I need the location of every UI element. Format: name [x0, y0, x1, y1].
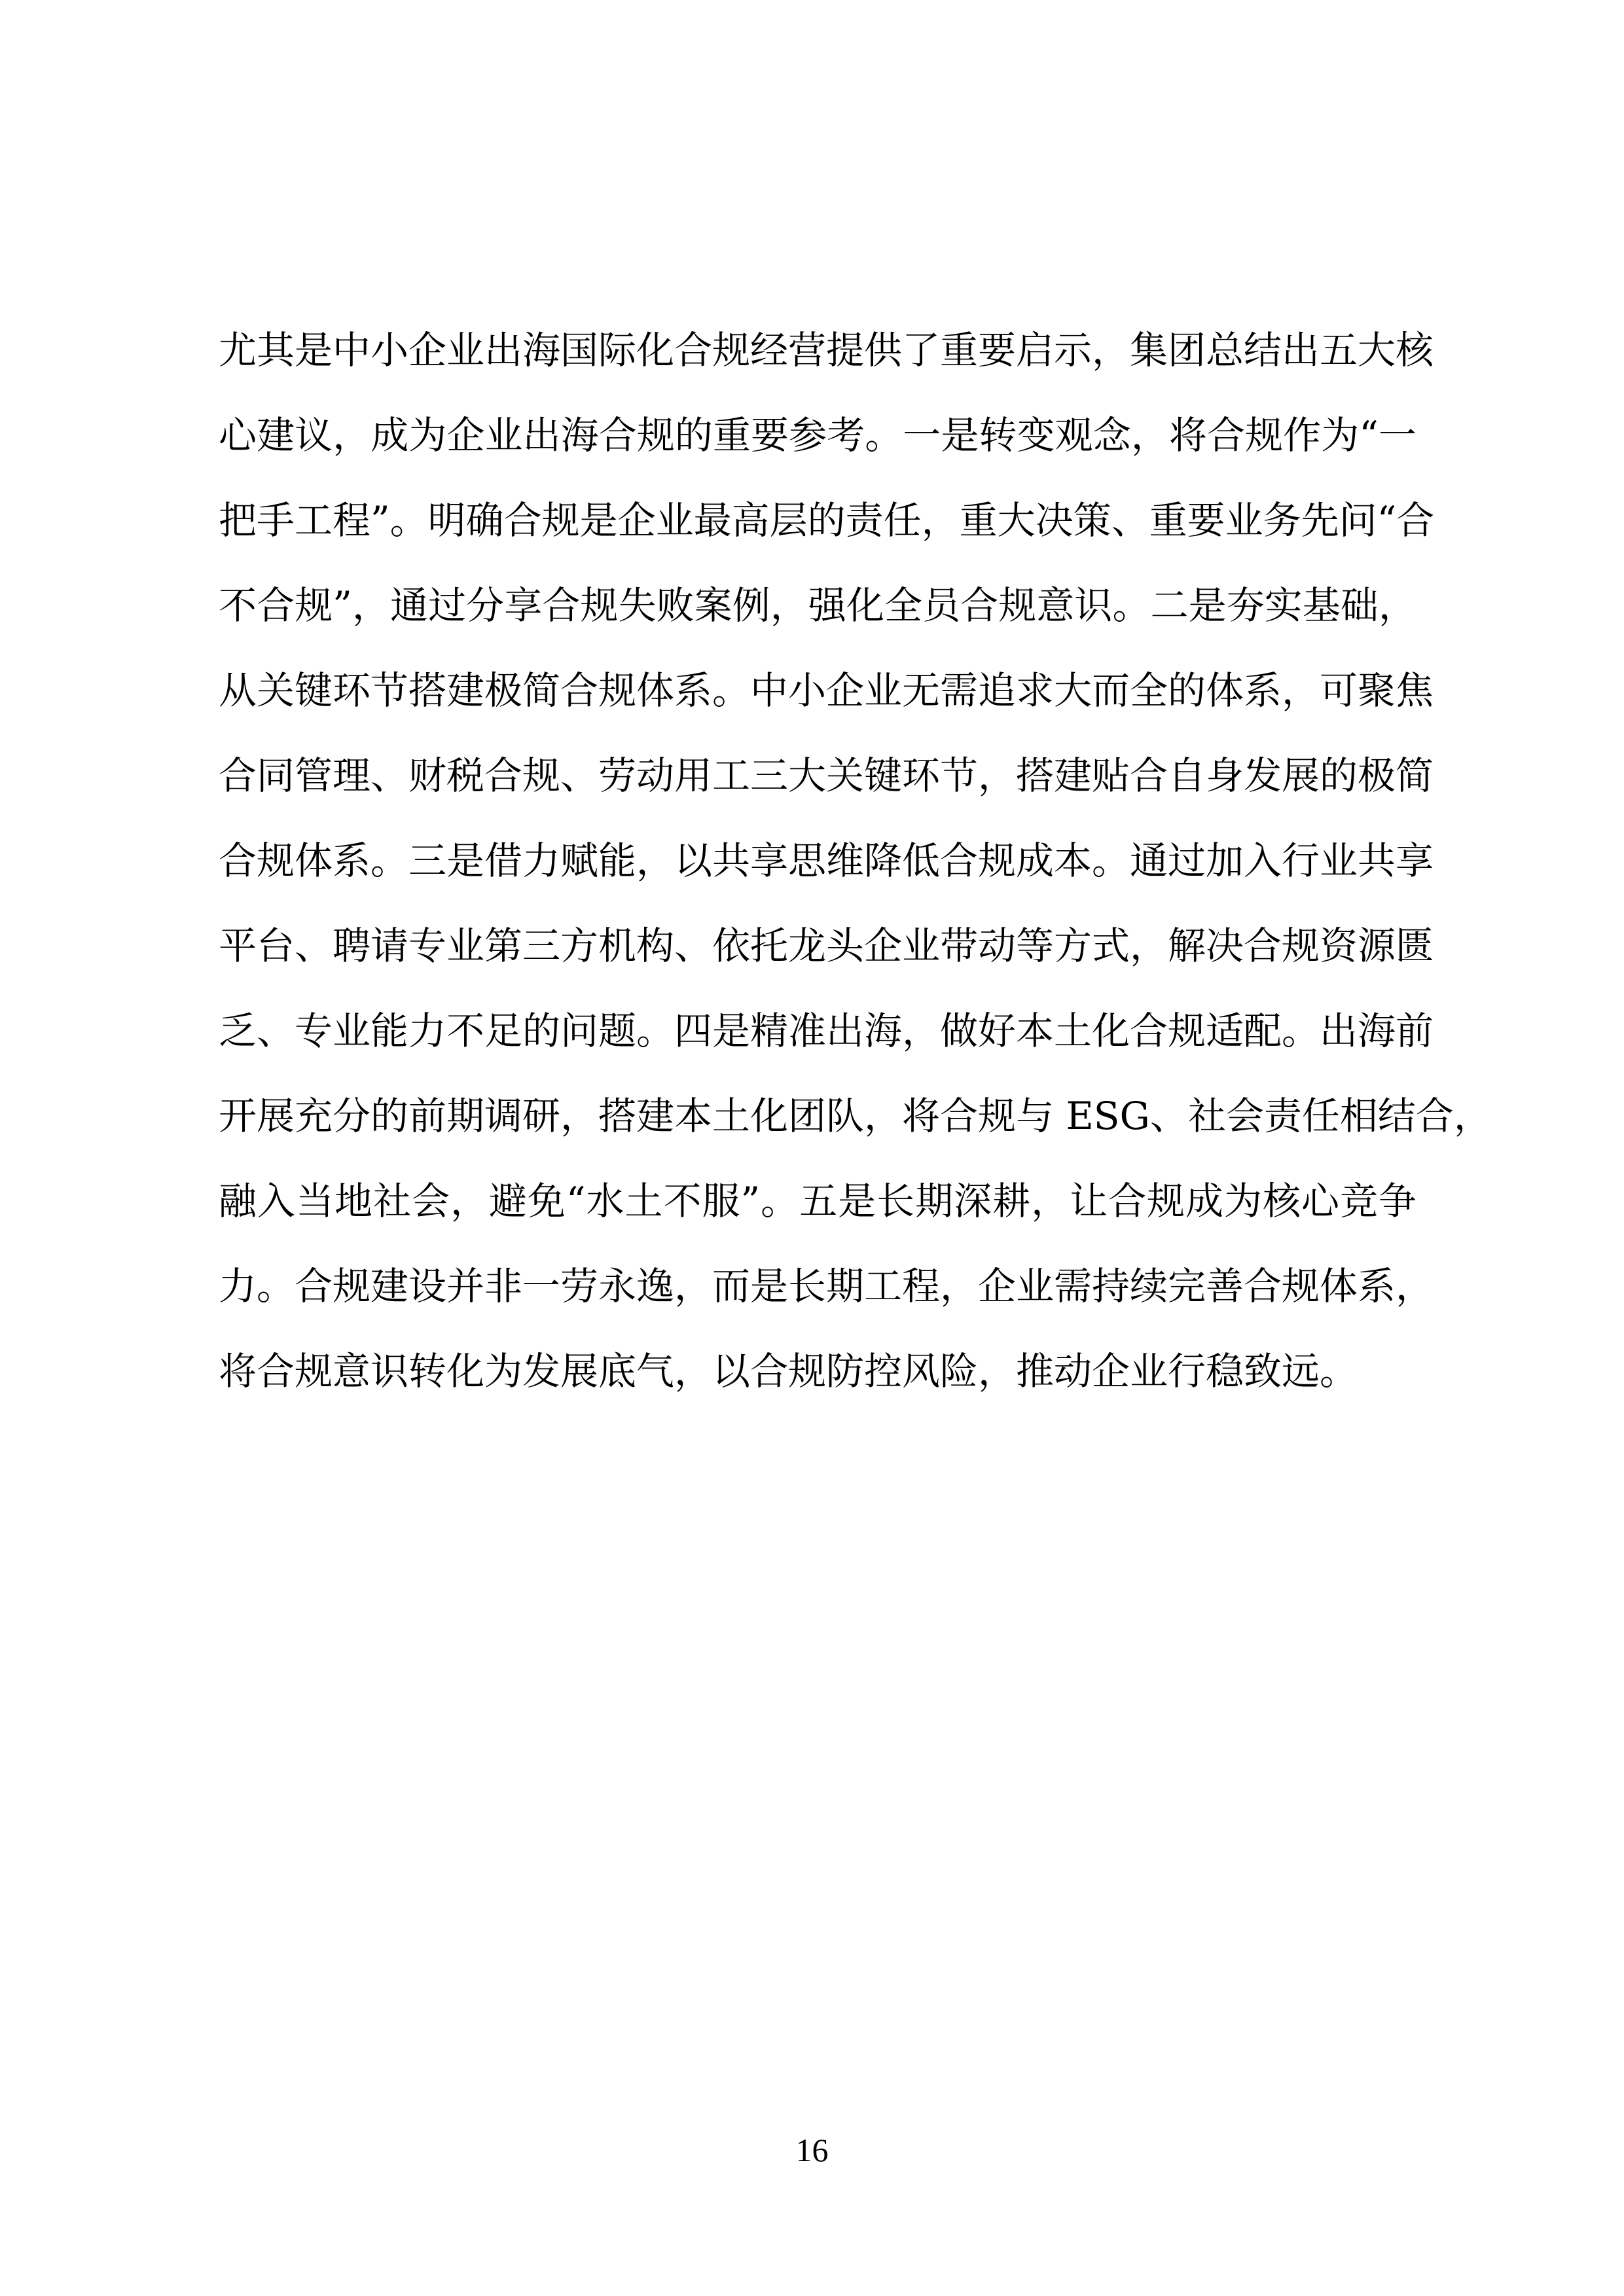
- text-line: 开展充分的前期调研，搭建本土化团队，将合规与 ESG、社会责任相结合，: [219, 1073, 1416, 1158]
- text-line: 将合规意识转化为发展底气，以合规防控风险，推动企业行稳致远。: [219, 1329, 1416, 1414]
- body-paragraph: 尤其是中小企业出海国际化合规经营提供了重要启示，集团总结出五大核 心建议，成为企…: [219, 308, 1416, 1414]
- text-line: 乏、专业能力不足的问题。四是精准出海，做好本土化合规适配。出海前: [219, 988, 1416, 1073]
- text-line: 尤其是中小企业出海国际化合规经营提供了重要启示，集团总结出五大核: [219, 308, 1416, 393]
- text-line: 合同管理、财税合规、劳动用工三大关键环节，搭建贴合自身发展的极简: [219, 733, 1416, 818]
- text-line: 合规体系。三是借力赋能，以共享思维降低合规成本。通过加入行业共享: [219, 818, 1416, 903]
- document-page: 尤其是中小企业出海国际化合规经营提供了重要启示，集团总结出五大核 心建议，成为企…: [0, 0, 1624, 2296]
- text-line: 心建议，成为企业出海合规的重要参考。一是转变观念，将合规作为“一: [219, 393, 1416, 478]
- text-line: 从关键环节搭建极简合规体系。中小企业无需追求大而全的体系，可聚焦: [219, 648, 1416, 733]
- text-line: 融入当地社会，避免“水土不服”。五是长期深耕，让合规成为核心竞争: [219, 1158, 1416, 1244]
- text-line: 力。合规建设并非一劳永逸，而是长期工程，企业需持续完善合规体系，: [219, 1244, 1416, 1329]
- text-line: 把手工程”。明确合规是企业最高层的责任，重大决策、重要业务先问“合: [219, 478, 1416, 563]
- text-line: 不合规”，通过分享合规失败案例，强化全员合规意识。二是夯实基础，: [219, 563, 1416, 648]
- text-line: 平台、聘请专业第三方机构、依托龙头企业带动等方式，解决合规资源匮: [219, 903, 1416, 988]
- page-number: 16: [0, 2130, 1624, 2170]
